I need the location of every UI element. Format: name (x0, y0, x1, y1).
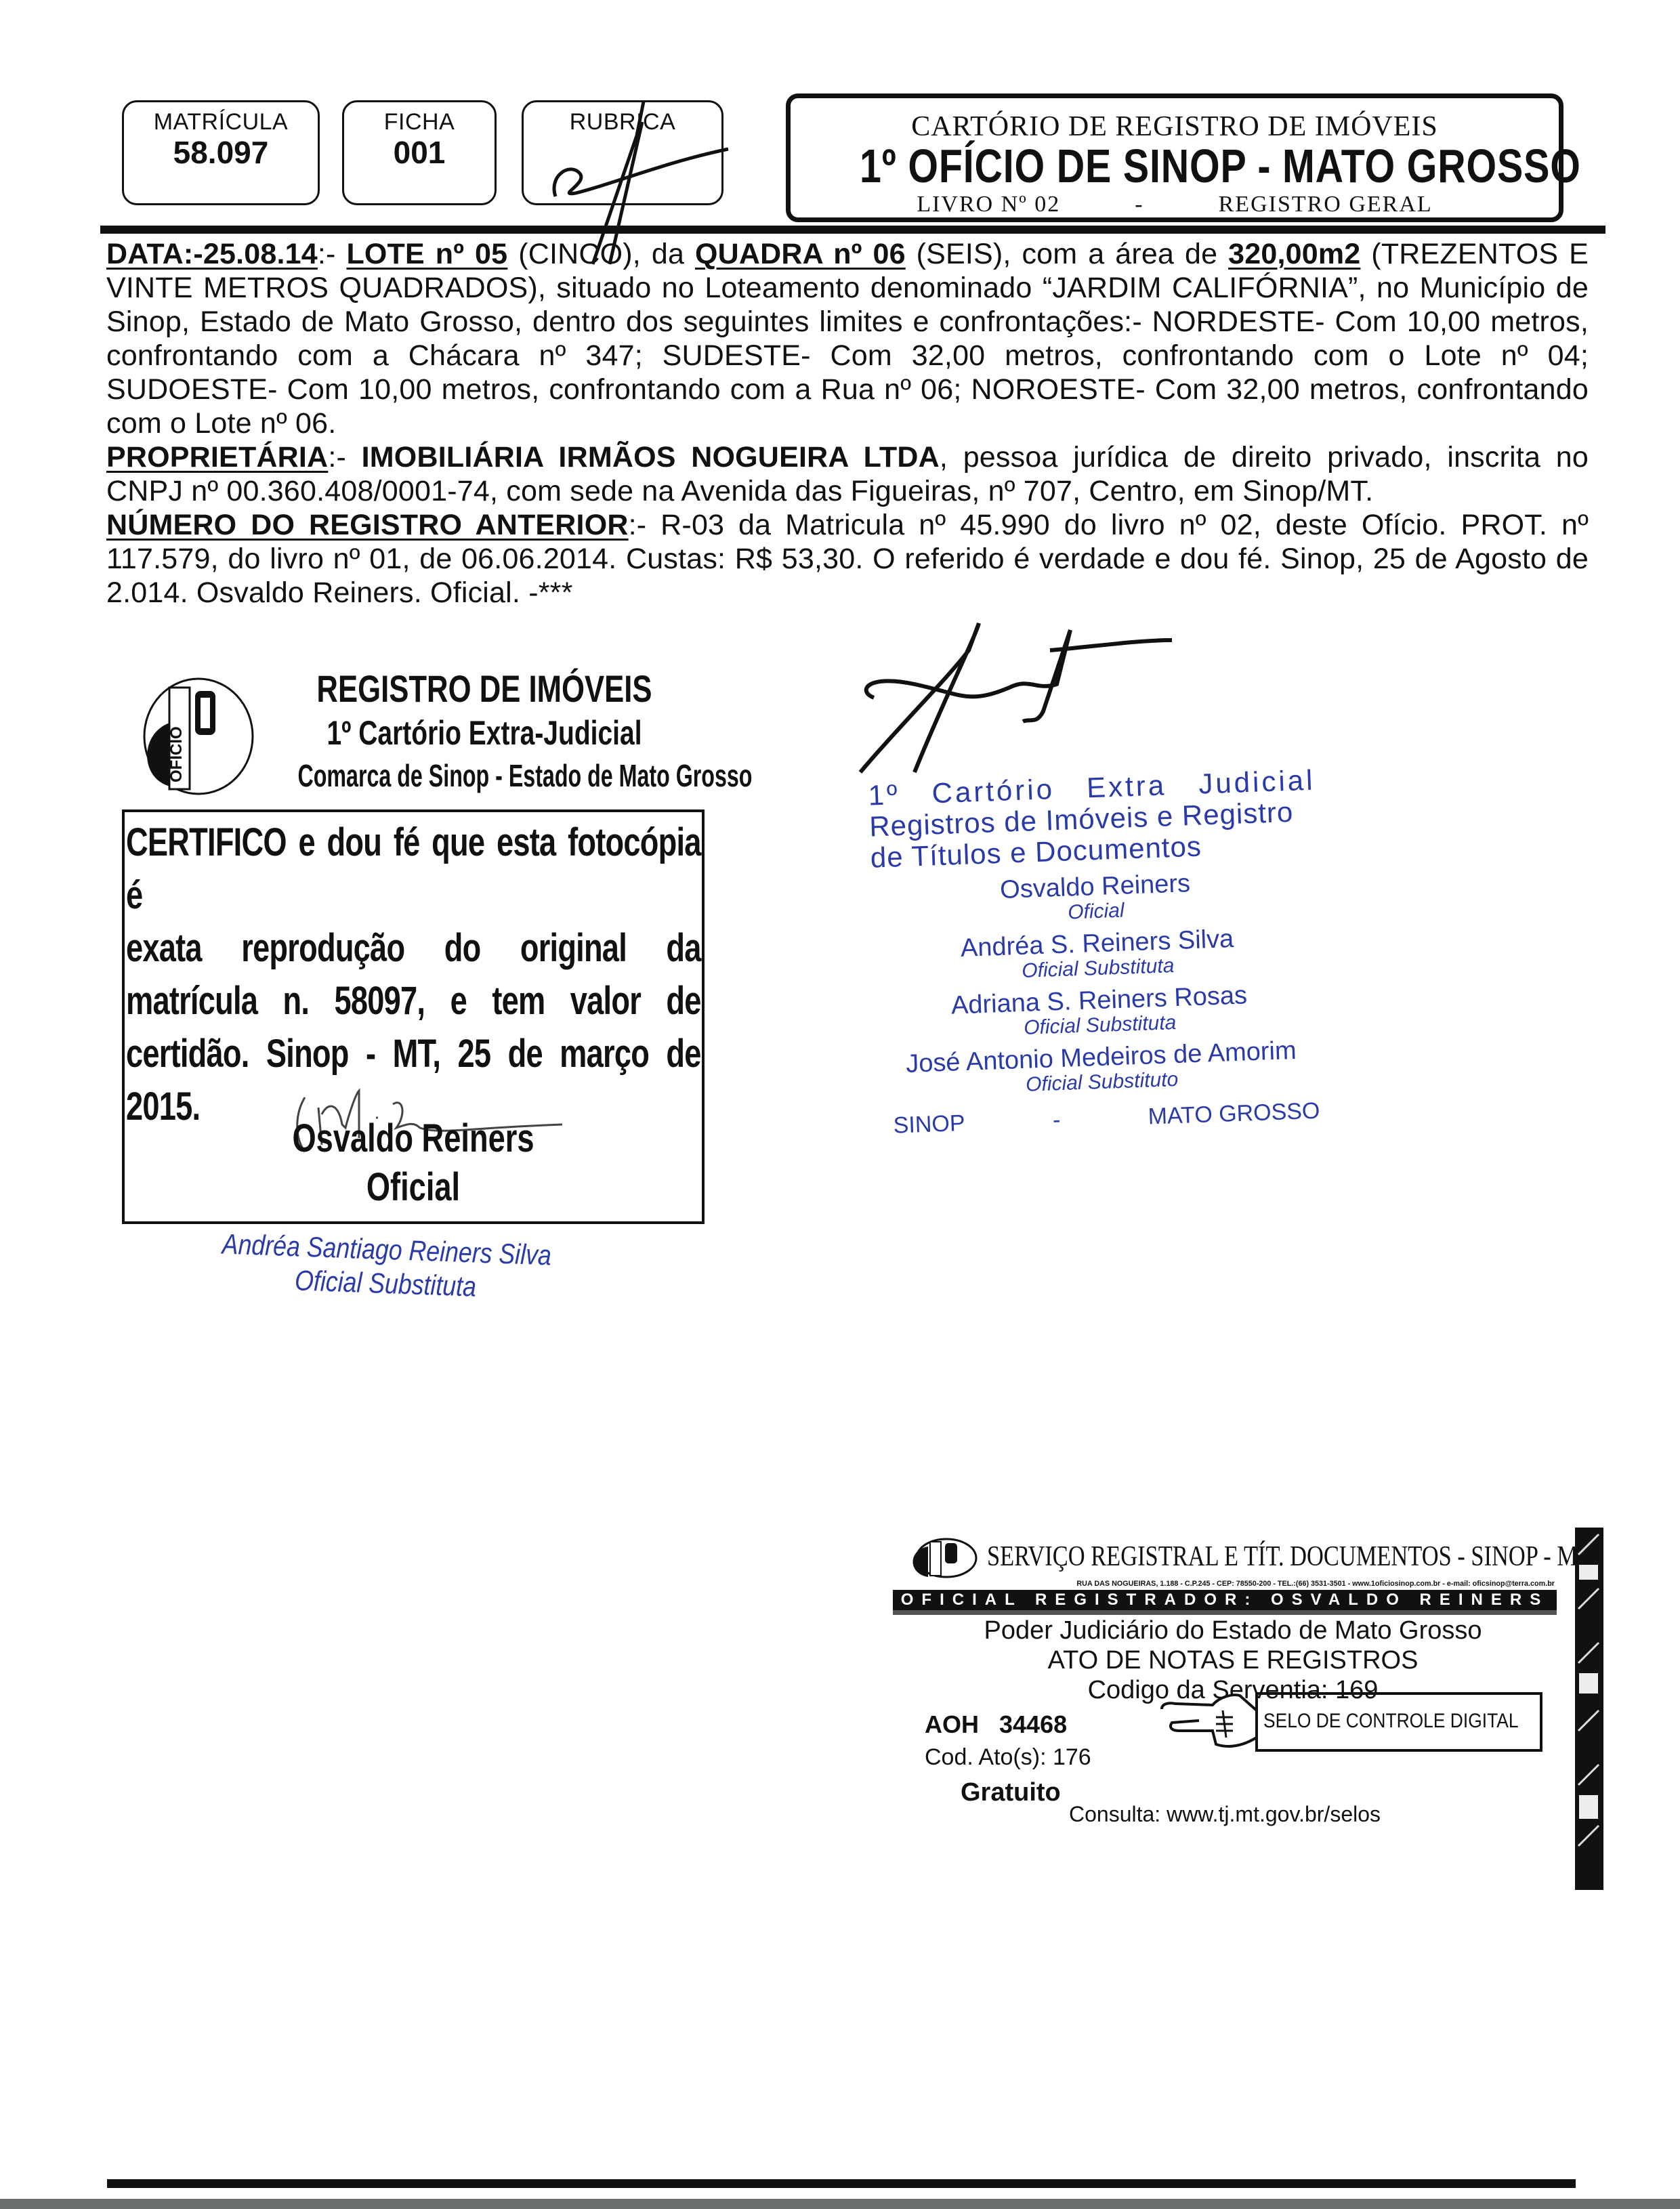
blue-stamp-state: MATO GROSSO (1148, 1098, 1320, 1131)
registry-stamp-header: REGISTRO DE IMÓVEIS 1º Cartório Extra-Ju… (251, 667, 718, 796)
record-paragraph-previous: NÚMERO DO REGISTRO ANTERIOR:- R-03 da Ma… (106, 508, 1589, 610)
certificate-signer-role: Oficial (186, 1163, 641, 1212)
blue-stamp-word: Cartório (931, 774, 1055, 809)
digital-seal-label: SELO DE CONTROLE DIGITAL (1263, 1710, 1519, 1733)
record-date: DATA:-25.08.14 (106, 238, 318, 270)
rubrica-label: RUBRICA (524, 109, 721, 135)
official-signature-icon (854, 610, 1192, 779)
seal-act-type: ATO DE NOTAS E REGISTROS (908, 1645, 1558, 1675)
blue-registry-stamp: 1º Cartório Extra Judicial Registros de … (868, 765, 1327, 1140)
footer-divider (107, 2179, 1576, 2188)
matricula-label: MATRÍCULA (124, 109, 318, 135)
record-quadra-words: (SEIS), com a área de (917, 238, 1218, 270)
oficio-logo-icon: OFÍCIO (127, 674, 256, 799)
matricula-value: 58.097 (124, 134, 318, 171)
book-number: LIVRO Nº 02 (917, 192, 1060, 217)
substitute-stamp: Andréa Santiago Reiners Silva Oficial Su… (201, 1227, 571, 1307)
owner-label: PROPRIETÁRIA (106, 441, 328, 474)
registry-title-line2: 1º OFÍCIO DE SINOP - MATO GROSSO (860, 142, 1490, 190)
seal-court: Poder Judiciário do Estado de Mato Gross… (908, 1616, 1558, 1645)
oficio-small-logo-icon (904, 1536, 979, 1580)
record-text: DATA:-25.08.14:- LOTE nº 05 (CINCO), da … (106, 237, 1589, 610)
registry-title-line1: CARTÓRIO DE REGISTRO DE IMÓVEIS (791, 110, 1559, 143)
previous-label: NÚMERO DO REGISTRO ANTERIOR (106, 509, 629, 541)
certificate-line: certidão. Sinop - MT, 25 de março de (126, 1028, 701, 1080)
pointing-hand-icon (1158, 1690, 1260, 1751)
record-paragraph-owner: PROPRIETÁRIA:- IMOBILIÁRIA IRMÃOS NOGUEI… (106, 440, 1589, 508)
svg-text:OFÍCIO: OFÍCIO (167, 726, 186, 782)
rubrica-box: RUBRICA (522, 100, 723, 205)
record-lote: LOTE nº 05 (346, 238, 507, 270)
blue-stamp-word: 1º (868, 779, 900, 812)
blue-stamp-word: Judicial (1198, 765, 1316, 800)
scan-edge (0, 2199, 1680, 2209)
owner-name: IMOBILIÁRIA IRMÃOS NOGUEIRA LTDA (362, 441, 940, 474)
blue-stamp-word: Extra (1086, 770, 1167, 803)
registry-title-box: CARTÓRIO DE REGISTRO DE IMÓVEIS 1º OFÍCI… (786, 93, 1563, 222)
blue-stamp-separator: - (1052, 1107, 1061, 1133)
seal-fee: Gratuito (961, 1778, 1061, 1807)
header-divider (100, 226, 1605, 234)
seal-lookup: Consulta: www.tj.mt.gov.br/selos (1069, 1802, 1381, 1827)
record-quadra: QUADRA nº 06 (695, 238, 906, 270)
certificate-signer: Osvaldo Reiners Oficial (122, 1114, 705, 1212)
certificate-line: exata reprodução do original da (126, 922, 701, 975)
blue-stamp-city: SINOP (893, 1110, 965, 1139)
certificate-signer-name: Osvaldo Reiners (186, 1114, 641, 1163)
seal-registrar-bar: OFICIAL REGISTRADOR: OSVALDO REINERS (893, 1590, 1557, 1610)
certificate-text: CERTIFICO e dou fé que esta fotocópia é … (126, 816, 702, 1133)
ficha-value: 001 (344, 134, 495, 171)
seal-service-title: SERVIÇO REGISTRAL E TÍT. DOCUMENTOS - SI… (987, 1540, 1592, 1573)
certificate-line: CERTIFICO e dou fé que esta fotocópia é (126, 816, 701, 922)
registry-stamp-title: REGISTRO DE IMÓVEIS (302, 667, 667, 711)
certificate-line: matrícula n. 58097, e tem valor de (126, 975, 701, 1028)
record-paragraph-lot: DATA:-25.08.14:- LOTE nº 05 (CINCO), da … (106, 237, 1589, 440)
seal-security-strip-icon (1575, 1528, 1603, 1890)
seal-bar-underline (893, 1610, 1557, 1615)
seal-address: RUA DAS NOGUEIRAS, 1.188 - C.P.245 - CEP… (917, 1580, 1555, 1588)
blue-stamp-location: SINOP - MATO GROSSO (879, 1097, 1327, 1139)
record-area: 320,00m2 (1228, 238, 1360, 270)
seal-act-codes: Cod. Ato(s): 176 (925, 1744, 1091, 1771)
digital-seal-box: SELO DE CONTROLE DIGITAL (1255, 1692, 1542, 1752)
seal-code: AOH 34468 (925, 1710, 1067, 1739)
matricula-box: MATRÍCULA 58.097 (122, 100, 320, 205)
registry-stamp-jurisdiction: Comarca de Sinop - Estado de Mato Grosso (298, 755, 644, 796)
book-type: REGISTRO GERAL (1219, 192, 1433, 217)
ficha-box: FICHA 001 (342, 100, 497, 205)
book-separator: - (1135, 192, 1143, 217)
registry-stamp-subtitle: 1º Cartório Extra-Judicial (302, 711, 667, 755)
record-lote-words: (CINCO), da (518, 238, 684, 270)
registry-book-line: LIVRO Nº 02 - REGISTRO GERAL (791, 192, 1559, 217)
ficha-label: FICHA (344, 109, 495, 135)
